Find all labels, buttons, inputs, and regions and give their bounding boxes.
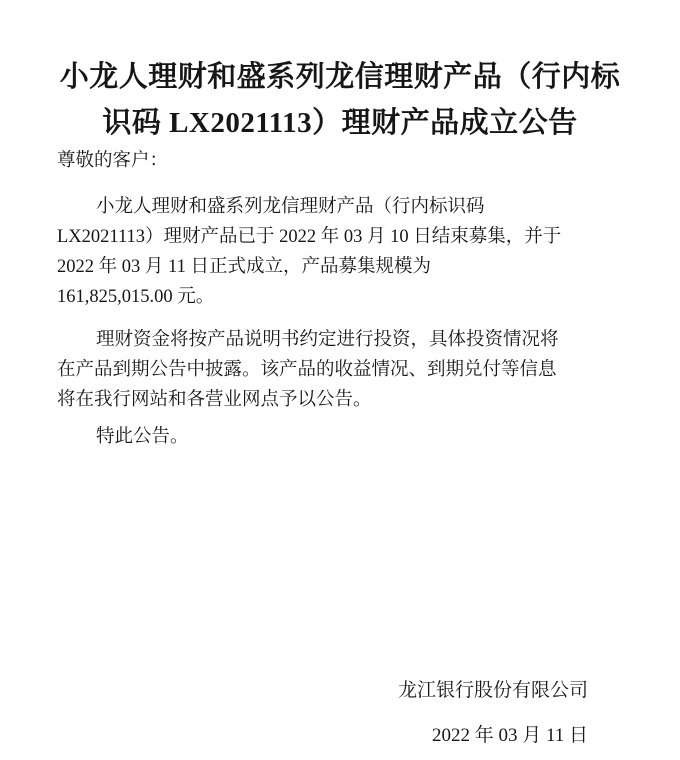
signature-block: 龙江银行股份有限公司 2022 年 03 月 11 日	[398, 676, 588, 751]
greeting-line: 尊敬的客户：	[57, 146, 625, 176]
paragraph-investment-disclosure: 理财资金将按产品说明书约定进行投资，具体投资情况将 在产品到期公告中披露。该产品…	[57, 325, 625, 415]
closing-statement: 特此公告。	[57, 422, 625, 452]
issuer-name: 龙江银行股份有限公司	[398, 676, 588, 706]
document-body: 尊敬的客户： 小龙人理财和盛系列龙信理财产品（行内标识码 LX2021113）理…	[0, 146, 680, 452]
document-title: 小龙人理财和盛系列龙信理财产品（行内标 识码 LX2021113）理财产品成立公…	[28, 54, 652, 146]
paragraph-establishment-details: 小龙人理财和盛系列龙信理财产品（行内标识码 LX2021113）理财产品已于 2…	[57, 192, 625, 312]
issue-date: 2022 年 03 月 11 日	[398, 721, 588, 751]
announcement-document: 小龙人理财和盛系列龙信理财产品（行内标 识码 LX2021113）理财产品成立公…	[0, 0, 680, 760]
